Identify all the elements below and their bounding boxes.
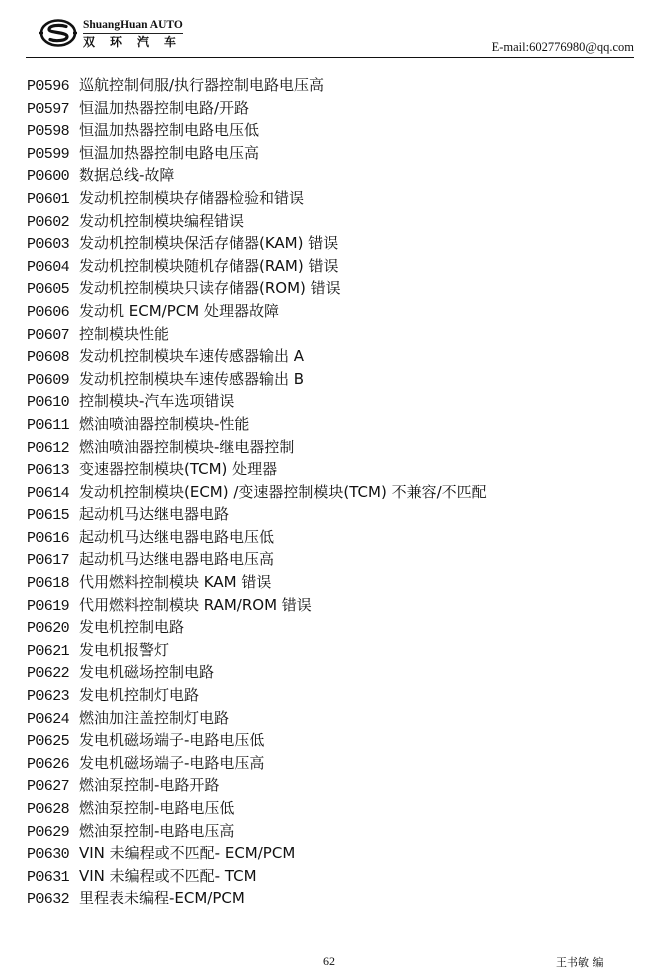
fault-description: 燃油加注盖控制灯电路 bbox=[79, 709, 229, 727]
fault-code: P0598 bbox=[27, 121, 79, 144]
fault-code: P0616 bbox=[27, 528, 79, 551]
page-header: ShuangHuan AUTO 双环汽车 E-mail:602776980@qq… bbox=[0, 0, 660, 62]
fault-code: P0609 bbox=[27, 370, 79, 393]
fault-code-row: P0614发动机控制模块(ECM) /变速器控制模块(TCM) 不兼容/不匹配 bbox=[27, 481, 487, 504]
fault-code-row: P0604发动机控制模块随机存储器(RAM) 错误 bbox=[27, 255, 487, 278]
fault-description: 里程表未编程-ECM/PCM bbox=[79, 889, 245, 907]
fault-code-row: P0601发动机控制模块存储器检验和错误 bbox=[27, 187, 487, 210]
fault-description: 发电机磁场端子-电路电压高 bbox=[79, 754, 264, 772]
fault-code: P0602 bbox=[27, 212, 79, 235]
fault-code-row: P0599恒温加热器控制电路电压高 bbox=[27, 142, 487, 165]
fault-code: P0628 bbox=[27, 799, 79, 822]
fault-description: 发电机磁场控制电路 bbox=[79, 663, 214, 681]
fault-code: P0606 bbox=[27, 302, 79, 325]
fault-description: 燃油喷油器控制模块-继电器控制 bbox=[79, 438, 294, 456]
fault-description: VIN 未编程或不匹配- ECM/PCM bbox=[79, 844, 295, 862]
fault-description: 发动机控制模块编程错误 bbox=[79, 212, 244, 230]
fault-code: P0632 bbox=[27, 889, 79, 912]
fault-description: VIN 未编程或不匹配- TCM bbox=[79, 867, 257, 885]
fault-description: 恒温加热器控制电路电压低 bbox=[79, 121, 259, 139]
contact-email: E-mail:602776980@qq.com bbox=[492, 40, 634, 55]
fault-description: 发电机报警灯 bbox=[79, 641, 169, 659]
fault-code-row: P0606发动机 ECM/PCM 处理器故障 bbox=[27, 300, 487, 323]
fault-code-row: P0615起动机马达继电器电路 bbox=[27, 503, 487, 526]
fault-code-row: P0630VIN 未编程或不匹配- ECM/PCM bbox=[27, 842, 487, 865]
fault-code-row: P0608发动机控制模块车速传感器输出 A bbox=[27, 345, 487, 368]
fault-description: 发动机控制模块(ECM) /变速器控制模块(TCM) 不兼容/不匹配 bbox=[79, 483, 487, 501]
fault-description: 恒温加热器控制电路电压高 bbox=[79, 144, 259, 162]
fault-code-row: P0607控制模块性能 bbox=[27, 323, 487, 346]
fault-code: P0626 bbox=[27, 754, 79, 777]
fault-code: P0599 bbox=[27, 144, 79, 167]
fault-code-row: P0596巡航控制伺服/执行器控制电路电压高 bbox=[27, 74, 487, 97]
fault-description: 发动机控制模块只读存储器(ROM) 错误 bbox=[79, 279, 341, 297]
shuanghuan-logo-icon bbox=[38, 18, 78, 48]
fault-description: 变速器控制模块(TCM) 处理器 bbox=[79, 460, 277, 478]
fault-code: P0607 bbox=[27, 325, 79, 348]
fault-description: 起动机马达继电器电路电压高 bbox=[79, 550, 274, 568]
fault-code: P0620 bbox=[27, 618, 79, 641]
fault-description: 代用燃料控制模块 KAM 错误 bbox=[79, 573, 271, 591]
brand-chinese-name: 双环汽车 bbox=[83, 35, 183, 50]
fault-description: 发动机控制模块车速传感器输出 B bbox=[79, 370, 304, 388]
fault-code-row: P0624燃油加注盖控制灯电路 bbox=[27, 707, 487, 730]
fault-code: P0625 bbox=[27, 731, 79, 754]
fault-description: 数据总线-故障 bbox=[79, 166, 174, 184]
fault-code-row: P0602发动机控制模块编程错误 bbox=[27, 210, 487, 233]
fault-code: P0623 bbox=[27, 686, 79, 709]
fault-code: P0622 bbox=[27, 663, 79, 686]
fault-code: P0611 bbox=[27, 415, 79, 438]
fault-code: P0619 bbox=[27, 596, 79, 619]
fault-code: P0624 bbox=[27, 709, 79, 732]
fault-code-row: P0613变速器控制模块(TCM) 处理器 bbox=[27, 458, 487, 481]
fault-description: 代用燃料控制模块 RAM/ROM 错误 bbox=[79, 596, 312, 614]
fault-code-row: P0632里程表未编程-ECM/PCM bbox=[27, 887, 487, 910]
fault-description: 恒温加热器控制电路/开路 bbox=[79, 99, 249, 117]
page-number: 62 bbox=[323, 954, 335, 969]
fault-description: 发动机控制模块车速传感器输出 A bbox=[79, 347, 304, 365]
fault-code: P0615 bbox=[27, 505, 79, 528]
fault-code-row: P0625发电机磁场端子-电路电压低 bbox=[27, 729, 487, 752]
header-divider bbox=[26, 57, 634, 58]
fault-code-row: P0609发动机控制模块车速传感器输出 B bbox=[27, 368, 487, 391]
fault-description: 燃油泵控制-电路电压低 bbox=[79, 799, 234, 817]
fault-code: P0597 bbox=[27, 99, 79, 122]
fault-code: P0617 bbox=[27, 550, 79, 573]
fault-description: 燃油泵控制-电路开路 bbox=[79, 776, 219, 794]
fault-description: 燃油喷油器控制模块-性能 bbox=[79, 415, 249, 433]
fault-code-row: P0610控制模块-汽车选项错误 bbox=[27, 390, 487, 413]
fault-code: P0603 bbox=[27, 234, 79, 257]
fault-code: P0631 bbox=[27, 867, 79, 890]
fault-code: P0604 bbox=[27, 257, 79, 280]
fault-description: 巡航控制伺服/执行器控制电路电压高 bbox=[79, 76, 324, 94]
fault-code: P0618 bbox=[27, 573, 79, 596]
brand-block: ShuangHuan AUTO 双环汽车 bbox=[83, 18, 183, 50]
fault-code-row: P0631VIN 未编程或不匹配- TCM bbox=[27, 865, 487, 888]
fault-code: P0630 bbox=[27, 844, 79, 867]
fault-code: P0614 bbox=[27, 483, 79, 506]
fault-code-row: P0605发动机控制模块只读存储器(ROM) 错误 bbox=[27, 277, 487, 300]
fault-code: P0621 bbox=[27, 641, 79, 664]
fault-description: 发电机控制灯电路 bbox=[79, 686, 199, 704]
brand-english-name: ShuangHuan AUTO bbox=[83, 18, 183, 34]
fault-description: 起动机马达继电器电路电压低 bbox=[79, 528, 274, 546]
fault-code-row: P0616起动机马达继电器电路电压低 bbox=[27, 526, 487, 549]
fault-code-row: P0621发电机报警灯 bbox=[27, 639, 487, 662]
fault-description: 控制模块性能 bbox=[79, 325, 169, 343]
fault-description: 发电机磁场端子-电路电压低 bbox=[79, 731, 264, 749]
fault-code-list: P0596巡航控制伺服/执行器控制电路电压高P0597恒温加热器控制电路/开路P… bbox=[27, 74, 487, 910]
fault-code-row: P0612燃油喷油器控制模块-继电器控制 bbox=[27, 436, 487, 459]
fault-code: P0596 bbox=[27, 76, 79, 99]
fault-code-row: P0617起动机马达继电器电路电压高 bbox=[27, 548, 487, 571]
fault-code-row: P0618代用燃料控制模块 KAM 错误 bbox=[27, 571, 487, 594]
fault-description: 控制模块-汽车选项错误 bbox=[79, 392, 234, 410]
fault-code-row: P0598恒温加热器控制电路电压低 bbox=[27, 119, 487, 142]
fault-code-row: P0626发电机磁场端子-电路电压高 bbox=[27, 752, 487, 775]
fault-code-row: P0603发动机控制模块保活存储器(KAM) 错误 bbox=[27, 232, 487, 255]
fault-code: P0600 bbox=[27, 166, 79, 189]
fault-code-row: P0600数据总线-故障 bbox=[27, 164, 487, 187]
fault-code-row: P0627燃油泵控制-电路开路 bbox=[27, 774, 487, 797]
fault-code-row: P0619代用燃料控制模块 RAM/ROM 错误 bbox=[27, 594, 487, 617]
fault-description: 发动机控制模块存储器检验和错误 bbox=[79, 189, 304, 207]
fault-description: 燃油泵控制-电路电压高 bbox=[79, 822, 234, 840]
fault-code-row: P0620发电机控制电路 bbox=[27, 616, 487, 639]
fault-code-row: P0629燃油泵控制-电路电压高 bbox=[27, 820, 487, 843]
fault-description: 发动机 ECM/PCM 处理器故障 bbox=[79, 302, 279, 320]
fault-description: 发电机控制电路 bbox=[79, 618, 184, 636]
fault-code: P0610 bbox=[27, 392, 79, 415]
fault-code-row: P0623发电机控制灯电路 bbox=[27, 684, 487, 707]
fault-description: 发动机控制模块保活存储器(KAM) 错误 bbox=[79, 234, 338, 252]
fault-code: P0605 bbox=[27, 279, 79, 302]
fault-description: 起动机马达继电器电路 bbox=[79, 505, 229, 523]
fault-code: P0601 bbox=[27, 189, 79, 212]
fault-code-row: P0622发电机磁场控制电路 bbox=[27, 661, 487, 684]
fault-code: P0613 bbox=[27, 460, 79, 483]
fault-description: 发动机控制模块随机存储器(RAM) 错误 bbox=[79, 257, 339, 275]
fault-code: P0612 bbox=[27, 438, 79, 461]
fault-code-row: P0597恒温加热器控制电路/开路 bbox=[27, 97, 487, 120]
fault-code-row: P0611燃油喷油器控制模块-性能 bbox=[27, 413, 487, 436]
fault-code: P0608 bbox=[27, 347, 79, 370]
fault-code: P0629 bbox=[27, 822, 79, 845]
fault-code: P0627 bbox=[27, 776, 79, 799]
author-credit: 王书敏 编 bbox=[556, 954, 604, 970]
fault-code-row: P0628燃油泵控制-电路电压低 bbox=[27, 797, 487, 820]
